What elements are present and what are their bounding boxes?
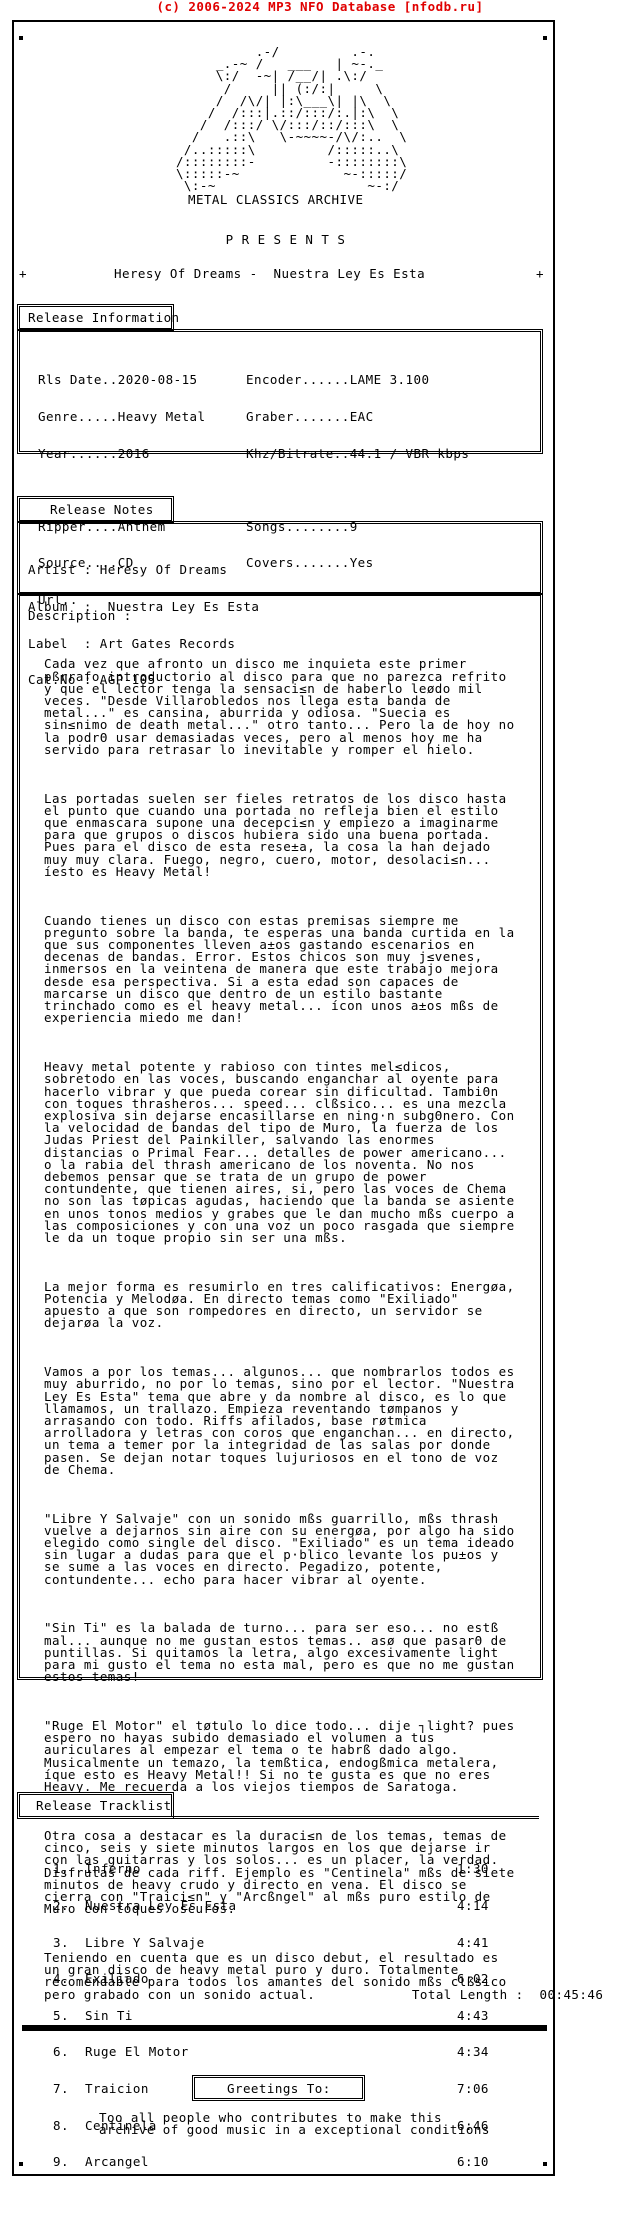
description-box: Description : Cada vez que afronto un di… [17,593,543,1680]
track-row: 9.Arcangel6:10 [53,2156,489,2168]
site-banner: (c) 2006-2024 MP3 NFO Database [nfodb.ru… [0,0,640,14]
description-paragraph: La mejor forma es resumirlo en tres cali… [44,1281,515,1330]
greetings-text: Too all people who contributes to make t… [99,2112,490,2136]
corner-marker [19,36,23,40]
presents-heading: P R E S E N T S [14,234,557,246]
greetings-label: Greetings To: [227,2083,331,2095]
description-paragraph: "Ruge El Motor" el tøtulo lo dice todo..… [44,1720,515,1793]
plus-marker: + [19,268,27,280]
section-divider [22,2025,547,2031]
description-paragraph: Cuando tienes un disco con estas premisa… [44,915,515,1025]
info-row-bitrate: Khz/Bitrate..44.1 / VBR kbps [246,448,469,460]
tracklist-rule [172,1816,539,1819]
info-row-graber: Graber.......EAC [246,411,469,423]
total-length-value: 00:45:46 [540,1987,604,2002]
tracklist: 1.Inferno1:30 2.Nuestra Ley Es Esta4:14 … [53,1839,489,2193]
greetings-heading-box: Greetings To: [192,2075,365,2101]
track-row: 2.Nuestra Ley Es Esta4:14 [53,1900,489,1912]
description-label: Description : [28,610,132,622]
description-paragraph: "Sin Ti" es la balada de turno... para s… [44,1622,515,1683]
release-notes-tab: Release Notes [17,496,174,523]
release-information-box: Rls Date..2020-08-15 Genre.....Heavy Met… [17,329,543,454]
total-length: Total Length : 00:45:46 [380,1977,603,2014]
info-row-year: Year......2016 [38,448,206,460]
description-paragraph: Cada vez que afronto un disco me inquiet… [44,658,515,756]
info-row-encoder: Encoder......LAME 3.100 [246,374,469,386]
release-title: Heresy Of Dreams - Nuestra Ley Es Esta [114,268,425,280]
corner-marker [543,2162,547,2166]
ascii-art-logo: .-/ .-. _.-~ / ___ | ~-._ \:/ -~| /__/| … [160,46,407,192]
corner-marker [19,2162,23,2166]
release-information-tab: Release Information [17,304,174,331]
corner-marker [543,36,547,40]
track-row: 6.Ruge El Motor4:34 [53,2046,489,2058]
description-paragraph: "Libre Y Salvaje" con un sonido mßs guar… [44,1513,515,1586]
archive-name: METAL CLASSICS ARCHIVE [188,194,363,206]
description-paragraph: Las portadas suelen ser fieles retratos … [44,793,515,878]
track-row: 1.Inferno1:30 [53,1863,489,1875]
info-row-rls-date: Rls Date..2020-08-15 [38,374,206,386]
description-paragraph: Vamos a por los temas... algunos... que … [44,1366,515,1476]
description-paragraph: Heavy metal potente y rabioso con tintes… [44,1061,515,1244]
release-tracklist-tab: Release Tracklist [17,1792,174,1819]
total-length-label: Total Length : [412,1987,524,2002]
release-notes-meta-box: Artist : Heresy Of Dreams Album : Nuestr… [17,521,543,595]
info-row-genre: Genre.....Heavy Metal [38,411,206,423]
nfo-frame: .-/ .-. _.-~ / ___ | ~-._ \:/ -~| /__/| … [12,20,555,2176]
meta-artist: Artist : Heresy Of Dreams [28,564,259,576]
plus-marker: + [536,268,544,280]
track-row: 3.Libre Y Salvaje4:41 [53,1937,489,1949]
